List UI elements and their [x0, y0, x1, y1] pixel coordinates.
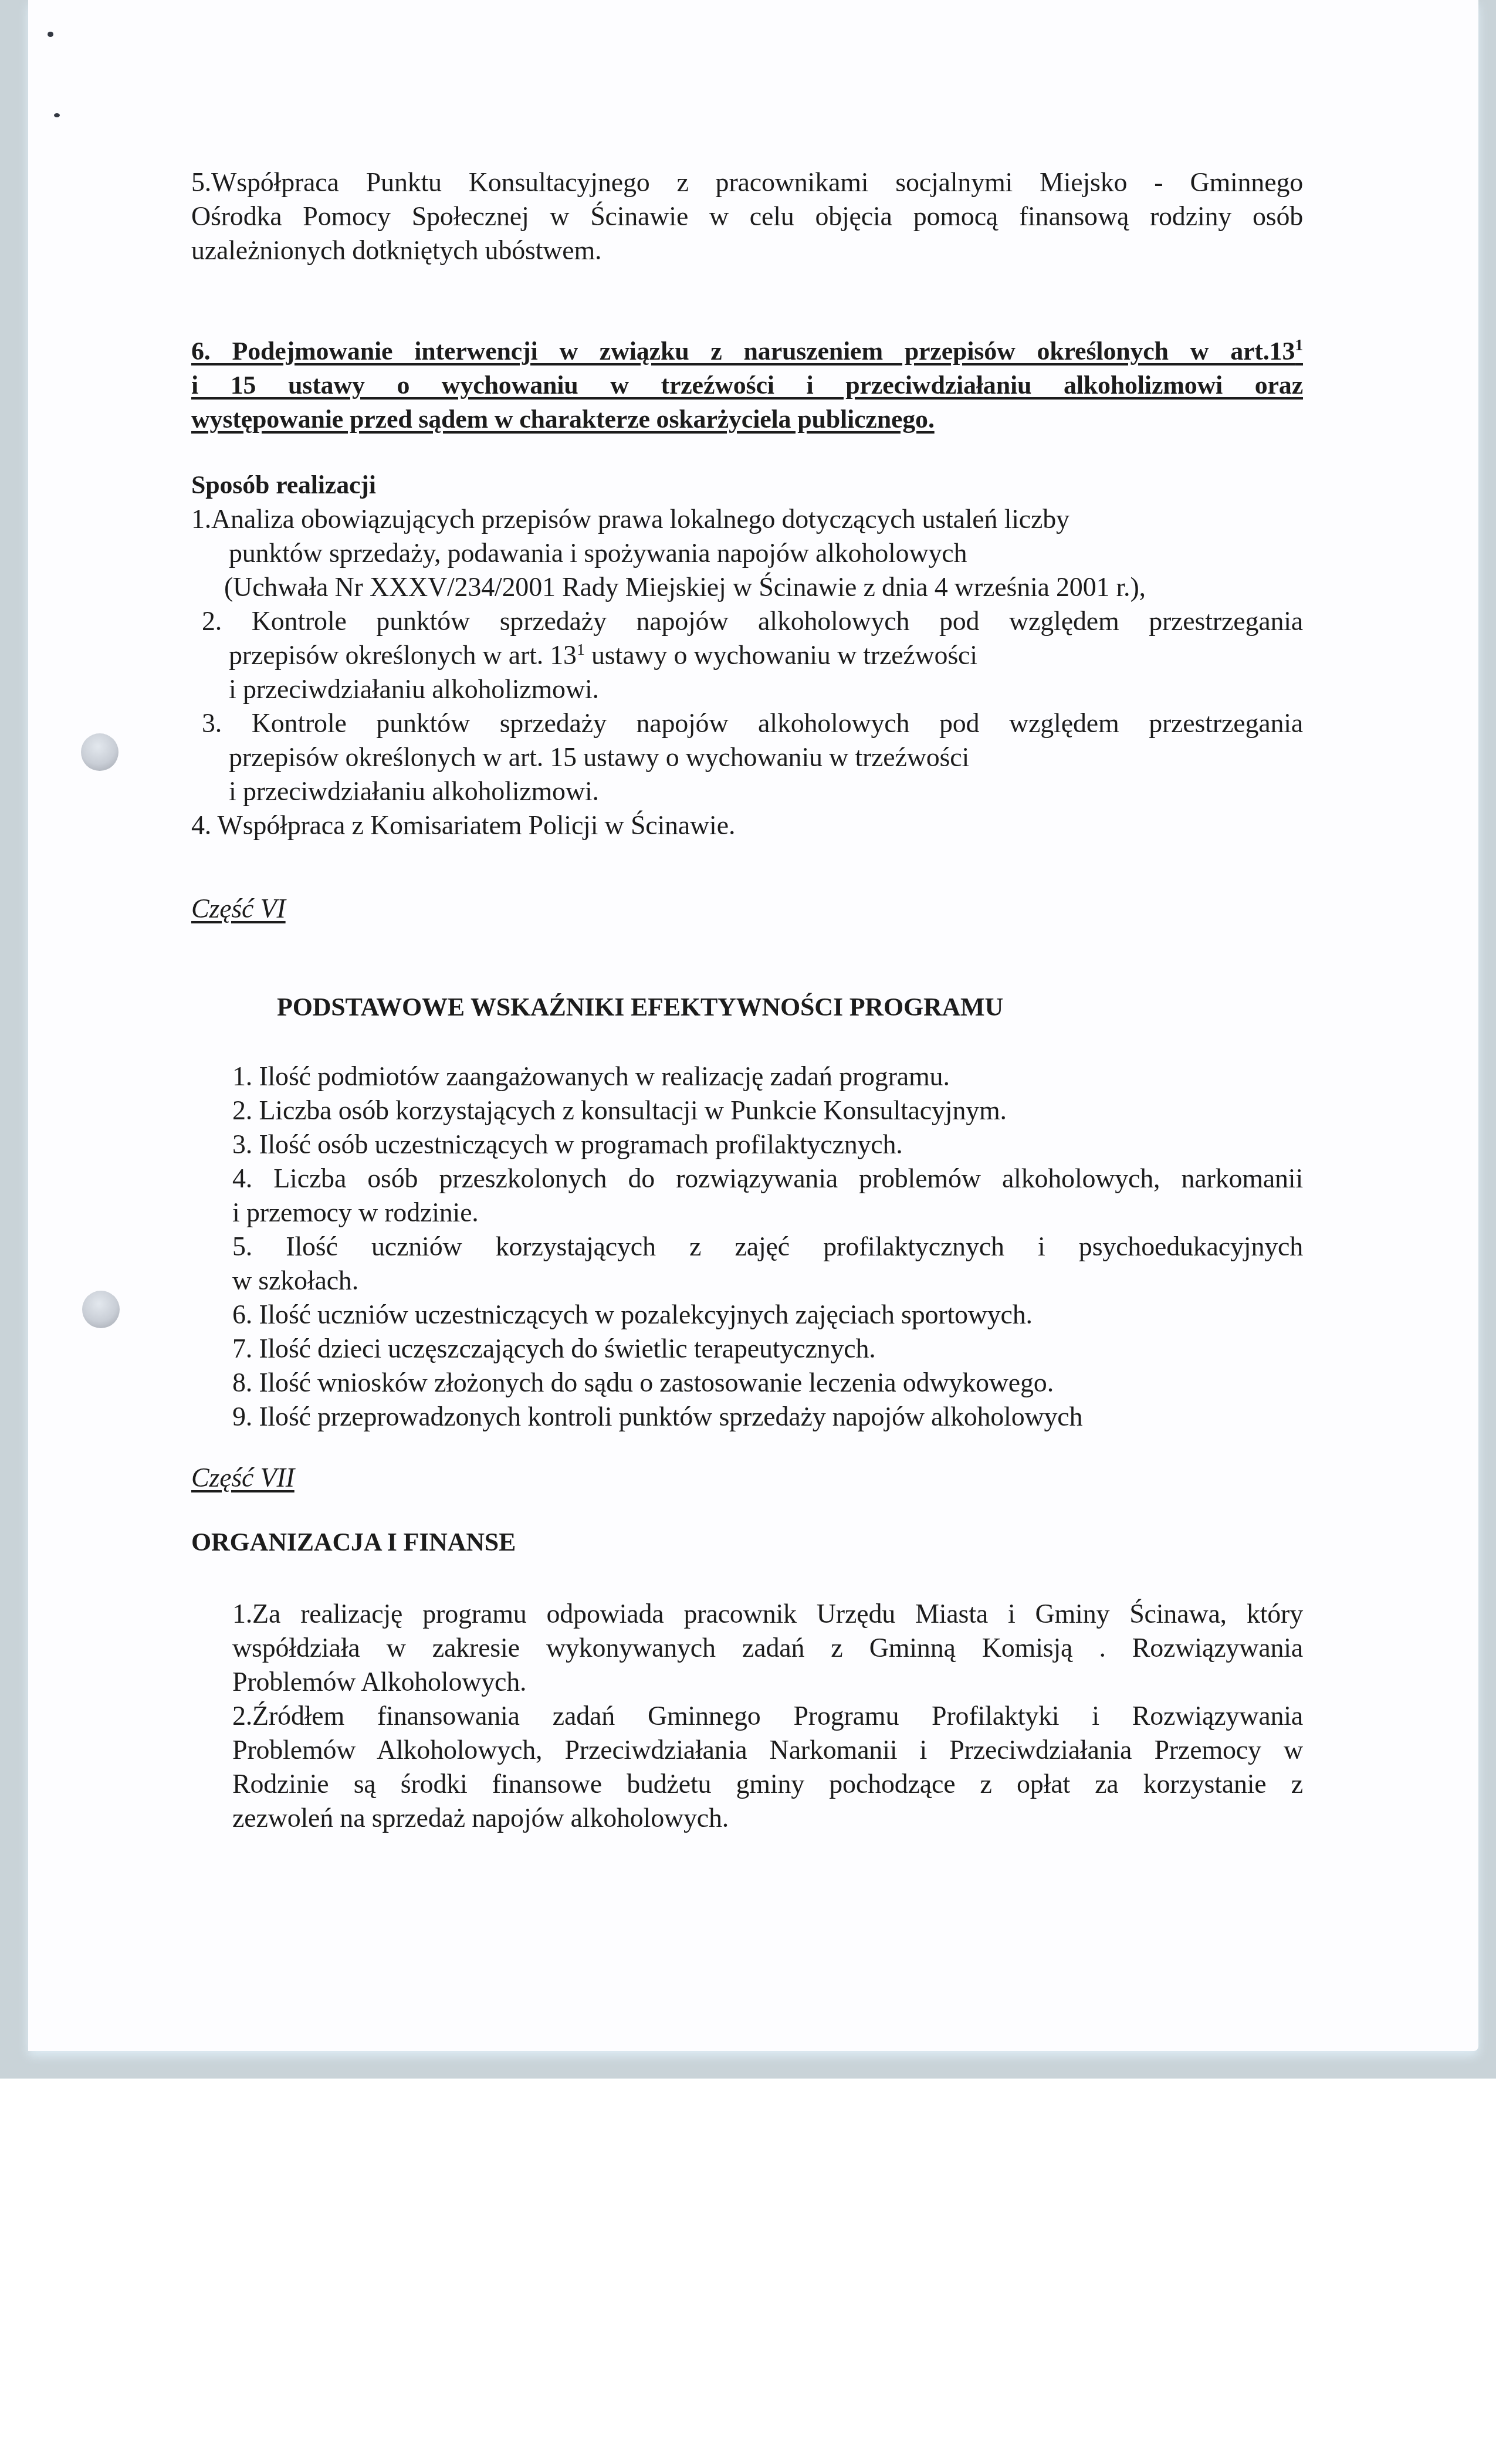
indicator-item: 1. Ilość podmiotów zaangażowanych w real…: [232, 1060, 950, 1094]
indicator-item: 2. Liczba osób korzystających z konsulta…: [232, 1094, 1007, 1128]
section-heading-text: 6. Podejmowanie interwencji w związku z …: [191, 337, 1295, 365]
section-heading: występowanie przed sądem w charakterze o…: [191, 402, 935, 436]
list-item: przepisów określonych w art. 15 ustawy o…: [229, 740, 969, 774]
list-item: 2. Kontrole punktów sprzedaży napojów al…: [202, 604, 1303, 638]
list-item-text: przepisów określonych w art. 13: [229, 640, 577, 670]
indicator-item: 8. Ilość wniosków złożonych do sądu o za…: [232, 1366, 1054, 1400]
section-heading: i 15 ustawy o wychowaniu w trzeźwości i …: [191, 368, 1303, 402]
indicator-item: i przemocy w rodzinie.: [232, 1196, 479, 1230]
paragraph-line: 2.Źródłem finansowania zadań Gminnego Pr…: [232, 1699, 1303, 1733]
indicator-item: 9. Ilość przeprowadzonych kontroli punkt…: [232, 1400, 1082, 1434]
punch-hole-icon: [82, 1291, 120, 1328]
list-item: 4. Współpraca z Komisariatem Policji w Ś…: [191, 808, 735, 842]
paragraph-line: Problemów Alkoholowych, Przeciwdziałania…: [232, 1733, 1303, 1767]
part-label: Część VII: [191, 1461, 295, 1495]
superscript: 1: [577, 641, 585, 659]
scan-speck: [48, 32, 53, 37]
paragraph-line: zezwoleń na sprzedaż napojów alkoholowyc…: [232, 1801, 729, 1835]
section-heading: 6. Podejmowanie interwencji w związku z …: [191, 334, 1303, 368]
punch-hole-icon: [81, 733, 119, 771]
paragraph-line: Problemów Alkoholowych.: [232, 1665, 526, 1699]
scan-speck: [54, 113, 60, 117]
indicator-item: 5. Ilość uczniów korzystających z zajęć …: [232, 1230, 1303, 1264]
paragraph-line: współdziała w zakresie wykonywanych zada…: [232, 1631, 1303, 1665]
list-item: 3. Kontrole punktów sprzedaży napojów al…: [202, 706, 1303, 740]
list-item: i przeciwdziałaniu alkoholizmowi.: [229, 672, 599, 706]
indicator-item: 6. Ilość uczniów uczestniczących w pozal…: [232, 1298, 1033, 1332]
list-item: i przeciwdziałaniu alkoholizmowi.: [229, 774, 599, 808]
part-title: ORGANIZACJA I FINANSE: [191, 1525, 516, 1559]
paragraph-line: 1.Za realizację programu odpowiada praco…: [232, 1597, 1303, 1631]
indicator-item: 3. Ilość osób uczestniczących w programa…: [232, 1128, 903, 1162]
part-label: Część VI: [191, 892, 286, 926]
paragraph-line: Ośrodka Pomocy Społecznej w Ścinawie w c…: [191, 199, 1303, 233]
list-item: 1.Analiza obowiązujących przepisów prawa…: [191, 502, 1069, 536]
list-item: (Uchwała Nr XXXV/234/2001 Rady Miejskiej…: [224, 570, 1146, 604]
paragraph-line: uzależnionych dotkniętych ubóstwem.: [191, 233, 601, 268]
indicator-item: 7. Ilość dzieci uczęszczających do świet…: [232, 1332, 876, 1366]
indicator-item: 4. Liczba osób przeszkolonych do rozwiąz…: [232, 1162, 1303, 1196]
superscript: 1: [1295, 336, 1303, 354]
indicator-item: w szkołach.: [232, 1264, 358, 1298]
paragraph-line: Rodzinie są środki finansowe budżetu gmi…: [232, 1767, 1303, 1801]
list-item: przepisów określonych w art. 131 ustawy …: [229, 638, 977, 672]
list-item-text: ustawy o wychowaniu w trzeźwości: [585, 640, 977, 670]
paragraph-line: 5.Współpraca Punktu Konsultacyjnego z pr…: [191, 165, 1303, 199]
part-title: PODSTAWOWE WSKAŹNIKI EFEKTYWNOŚCI PROGRA…: [277, 990, 1003, 1024]
method-label: Sposób realizacji: [191, 468, 376, 502]
list-item: punktów sprzedaży, podawania i spożywani…: [229, 536, 967, 570]
